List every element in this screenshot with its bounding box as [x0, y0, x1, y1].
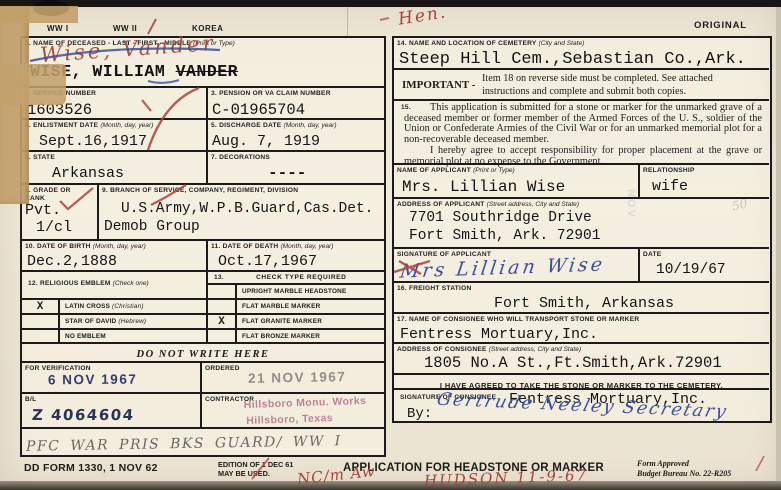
state-value: Arkansas — [52, 165, 124, 182]
field-label: 9. BRANCH OF SERVICE, COMPANY, REGIMENT,… — [99, 185, 384, 195]
field-label: 3. PENSION OR VA CLAIM NUMBER — [208, 88, 384, 98]
field-applicant-address: ADDRESS OF APPLICANT (Street address, Ci… — [394, 199, 769, 249]
emblem-option-latin-cross: X LATIN CROSS (Christian) — [22, 300, 208, 315]
field-discharge-date: 5. DISCHARGE DATE (Month, day, year) Aug… — [208, 120, 384, 152]
field-consignee-address: ADDRESS OF CONSIGNEE (Street address, Ci… — [394, 344, 769, 375]
field-label-paren: (Street address, City and State) — [489, 346, 581, 353]
applicant-name-value: Mrs. Lillian Wise — [402, 178, 565, 196]
field-label: 6. STATE — [22, 152, 206, 162]
field-label: 5. DISCHARGE DATE — [211, 122, 281, 129]
agreement-text: I HAVE AGREED TO TAKE THE STONE OR MARKE… — [440, 381, 723, 390]
footer-approval-line1: Form Approved — [637, 459, 731, 469]
enlistment-date-value: Sept.16,1917 — [39, 133, 147, 150]
verification-date-stamp: 6 NOV 1967 — [48, 372, 137, 388]
field-label: ADDRESS OF APPLICANT — [397, 201, 485, 208]
scanned-form-dd1330: WW I WW II KOREA Hen. ORIGINAL 1. NAME O… — [0, 0, 781, 490]
field-consignee-name: 17. NAME OF CONSIGNEE WHO WILL TRANSPORT… — [394, 314, 769, 344]
field-label-paren: (Print or Type) — [473, 167, 515, 174]
contractor-stamp: Hillsboro Monu. Works Hillsboro, Texas — [244, 394, 368, 428]
field-date-of-death: 11. DATE OF DEATH (Month, day, year) Oct… — [208, 241, 384, 272]
bl-value: Z 4064604 — [31, 406, 135, 424]
emblem-checkbox-star-of-david — [22, 315, 60, 330]
type-checkbox-flat-marble — [208, 300, 237, 315]
field-label-paren: (Month, day, year) — [284, 122, 337, 129]
field-label: 7. DECORATIONS — [208, 152, 384, 162]
field-enlistment-date: 4. ENLISTMENT DATE (Month, day, year) Se… — [22, 120, 208, 152]
contractor-stamp-line2: Hillsboro, Texas — [246, 410, 367, 428]
option-paren: (Hebrew) — [118, 318, 146, 325]
field-label: ADDRESS OF CONSIGNEE — [397, 346, 487, 353]
applicant-address-line2: Fort Smith, Ark. 72901 — [409, 228, 600, 244]
emblem-option-no-emblem: NO EMBLEM — [22, 330, 208, 344]
emblem-option-star-of-david: STAR OF DAVID (Hebrew) — [22, 315, 208, 330]
birth-date-value: Dec.2,1888 — [27, 253, 117, 270]
field-date: DATE 10/19/67 — [640, 249, 769, 283]
decorations-value: ---- — [268, 164, 306, 182]
discharge-date-value: Aug. 7, 1919 — [212, 133, 320, 150]
field-for-verification: FOR VERIFICATION 6 NOV 1967 — [22, 363, 202, 394]
rank-value-line2: 1/cl — [36, 219, 72, 236]
field-label: 11. DATE OF DEATH — [211, 243, 278, 250]
tape-patch-mid — [0, 64, 66, 105]
rank-value-line1: Pvt. — [25, 202, 61, 219]
option-label: LATIN CROSS — [65, 303, 110, 310]
statement-para2: I hereby agree to accept responsibility … — [404, 146, 762, 167]
type-option-flat-granite: X FLAT GRANITE MARKER — [208, 315, 384, 330]
option-label: UPRIGHT MARBLE HEADSTONE — [237, 285, 346, 295]
tape-strip-narrow — [0, 6, 29, 204]
field-label: B/L — [22, 394, 200, 404]
field-label-paren: (City and State) — [539, 40, 585, 47]
paper-crease — [347, 7, 348, 36]
field-decorations: 7. DECORATIONS ---- — [208, 152, 384, 185]
consignee-address-value: 1805 No.A St.,Ft.Smith,Ark.72901 — [424, 354, 722, 372]
death-date-value: Oct.17,1967 — [218, 253, 317, 270]
option-paren: (Christian) — [112, 303, 144, 310]
cemetery-value: Steep Hill Cem.,Sebastian Co.,Ark. — [399, 50, 746, 69]
consignee-name-value: Fentress Mortuary,Inc. — [400, 326, 598, 343]
field-label: 4. ENLISTMENT DATE — [25, 122, 98, 129]
red-slash-budget — [756, 456, 764, 471]
war-label-ww1: WW I — [47, 24, 69, 33]
scan-right-edge — [776, 7, 781, 481]
field-number: 13. — [211, 272, 224, 282]
footer-budget-approval: Form Approved Budget Bureau No. 22-R205 — [637, 459, 731, 478]
important-text: Item 18 on reverse side must be complete… — [482, 73, 760, 98]
field-label: 12. RELIGIOUS EMBLEM — [28, 280, 111, 287]
religious-emblem-header: 12. RELIGIOUS EMBLEM (Check one) — [22, 272, 208, 300]
statement-section: 15. This application is submitted for a … — [394, 101, 769, 165]
type-option-flat-marble: FLAT MARBLE MARKER — [208, 300, 384, 315]
field-ordered: ORDERED 21 NOV 1967 — [202, 363, 384, 394]
red-slash-ww2 — [148, 19, 156, 34]
branch-value-line2: Demob Group — [104, 219, 200, 235]
field-label-paren: (Street address, City and State) — [487, 201, 579, 208]
type-checkbox-flat-bronze — [208, 330, 237, 344]
footer-approval-line2: Budget Bureau No. 22-R205 — [637, 469, 731, 479]
left-panel: 1. NAME OF DECEASED - LAST - FIRST - MID… — [20, 36, 386, 457]
field-label: 14. NAME AND LOCATION OF CEMETERY — [397, 40, 536, 47]
field-label: 8. GRADE OR RANK — [22, 185, 77, 202]
do-not-write-label: DO NOT WRITE HERE — [137, 349, 270, 360]
field-label: CHECK TYPE REQUIRED — [253, 272, 347, 282]
footer-form-id: DD FORM 1330, 1 NOV 62 — [24, 462, 158, 474]
field-religious-emblem: 12. RELIGIOUS EMBLEM (Check one) X LATIN… — [22, 272, 208, 344]
field-applicant-signature: SIGNATURE OF APPLICANT Mrs Lillian Wise — [394, 249, 640, 283]
option-label: FLAT BRONZE MARKER — [237, 330, 320, 340]
option-label: FLAT MARBLE MARKER — [237, 300, 320, 310]
field-label: NAME OF APPLICANT — [397, 167, 471, 174]
important-label: IMPORTANT - — [402, 79, 475, 91]
field-grade-or-rank: 8. GRADE OR RANK Pvt. 1/cl — [22, 185, 99, 241]
field-label: 17. NAME OF CONSIGNEE WHO WILL TRANSPORT… — [394, 314, 769, 324]
field-branch-of-service: 9. BRANCH OF SERVICE, COMPANY, REGIMENT,… — [99, 185, 384, 241]
field-label: RELATIONSHIP — [640, 165, 769, 175]
emblem-checkbox-no-emblem — [22, 330, 60, 344]
emblem-checkbox-latin-cross: X — [22, 300, 60, 315]
do-not-write-band: DO NOT WRITE HERE — [22, 344, 384, 363]
original-label: ORIGINAL — [694, 20, 747, 31]
bleed-mark-nov: NOV — [625, 189, 637, 219]
type-checkbox-upright-marble — [208, 285, 237, 300]
field-bl: B/L Z 4064604 — [22, 394, 202, 429]
field-label: 16. FREIGHT STATION — [394, 283, 769, 293]
type-option-flat-bronze: FLAT BRONZE MARKER — [208, 330, 384, 344]
field-label: 10. DATE OF BIRTH — [25, 243, 91, 250]
freight-station-value: Fort Smith, Arkansas — [494, 295, 674, 312]
footer-edition: EDITION OF 1 DEC 61 MAY BE USED. — [218, 461, 293, 478]
field-label: DATE — [640, 249, 769, 259]
red-dash-before-hen — [380, 18, 389, 20]
option-label: NO EMBLEM — [60, 330, 106, 340]
field-label-paren: (Month, day, year) — [93, 243, 146, 250]
footer-edition-line2: MAY BE USED. — [218, 470, 293, 479]
struck-name-part: VANDER — [176, 62, 238, 81]
field-label-paren: (Check one) — [113, 280, 149, 287]
check-type-header: 13. CHECK TYPE REQUIRED — [208, 272, 384, 285]
field-freight-station: 16. FREIGHT STATION Fort Smith, Arkansas — [394, 283, 769, 314]
important-notice: IMPORTANT - Item 18 on reverse side must… — [394, 70, 769, 101]
field-state: 6. STATE Arkansas — [22, 152, 208, 185]
type-checkbox-flat-granite: X — [208, 315, 237, 330]
type-option-upright-marble: UPRIGHT MARBLE HEADSTONE — [208, 285, 384, 300]
branch-value-line1: U.S.Army,W.P.B.Guard,Cas.Det. — [121, 201, 373, 217]
field-check-type-required: 13. CHECK TYPE REQUIRED UPRIGHT MARBLE H… — [208, 272, 384, 344]
field-name-of-deceased: 1. NAME OF DECEASED - LAST - FIRST - MID… — [22, 38, 384, 88]
date-value: 10/19/67 — [656, 262, 726, 278]
relationship-value: wife — [652, 178, 688, 195]
consignee-signature-by: By: — [407, 406, 432, 422]
right-panel: 14. NAME AND LOCATION OF CEMETERY (City … — [392, 36, 772, 423]
option-label: STAR OF DAVID — [65, 318, 116, 325]
option-label: FLAT GRANITE MARKER — [237, 315, 322, 325]
field-label-paren: (Month, day, year) — [280, 243, 333, 250]
war-label-ww2: WW II — [113, 24, 137, 33]
field-va-claim-number: 3. PENSION OR VA CLAIM NUMBER C-01965704 — [208, 88, 384, 120]
tape-patch-top — [0, 6, 78, 23]
ordered-date-stamp: 21 NOV 1967 — [248, 369, 347, 386]
field-label-paren: (Month, day, year) — [100, 122, 153, 129]
field-applicant-name: NAME OF APPLICANT (Print or Type) Mrs. L… — [394, 165, 640, 199]
applicant-address-line1: 7701 Southridge Drive — [409, 210, 592, 226]
agreement-band: I HAVE AGREED TO TAKE THE STONE OR MARKE… — [394, 375, 769, 390]
contractor-stamp-line1: Hillsboro Monu. Works — [244, 394, 367, 412]
scan-bottom-edge — [0, 481, 781, 490]
field-date-of-birth: 10. DATE OF BIRTH (Month, day, year) Dec… — [22, 241, 208, 272]
field-cemetery: 14. NAME AND LOCATION OF CEMETERY (City … — [394, 38, 769, 70]
statement-para1: This application is submitted for a ston… — [404, 103, 762, 145]
va-claim-value: C-01965704 — [212, 101, 305, 119]
field-relationship: RELATIONSHIP wife — [640, 165, 769, 199]
scan-top-edge — [0, 0, 781, 7]
field-contractor: CONTRACTOR Hillsboro Monu. Works Hillsbo… — [202, 394, 384, 429]
